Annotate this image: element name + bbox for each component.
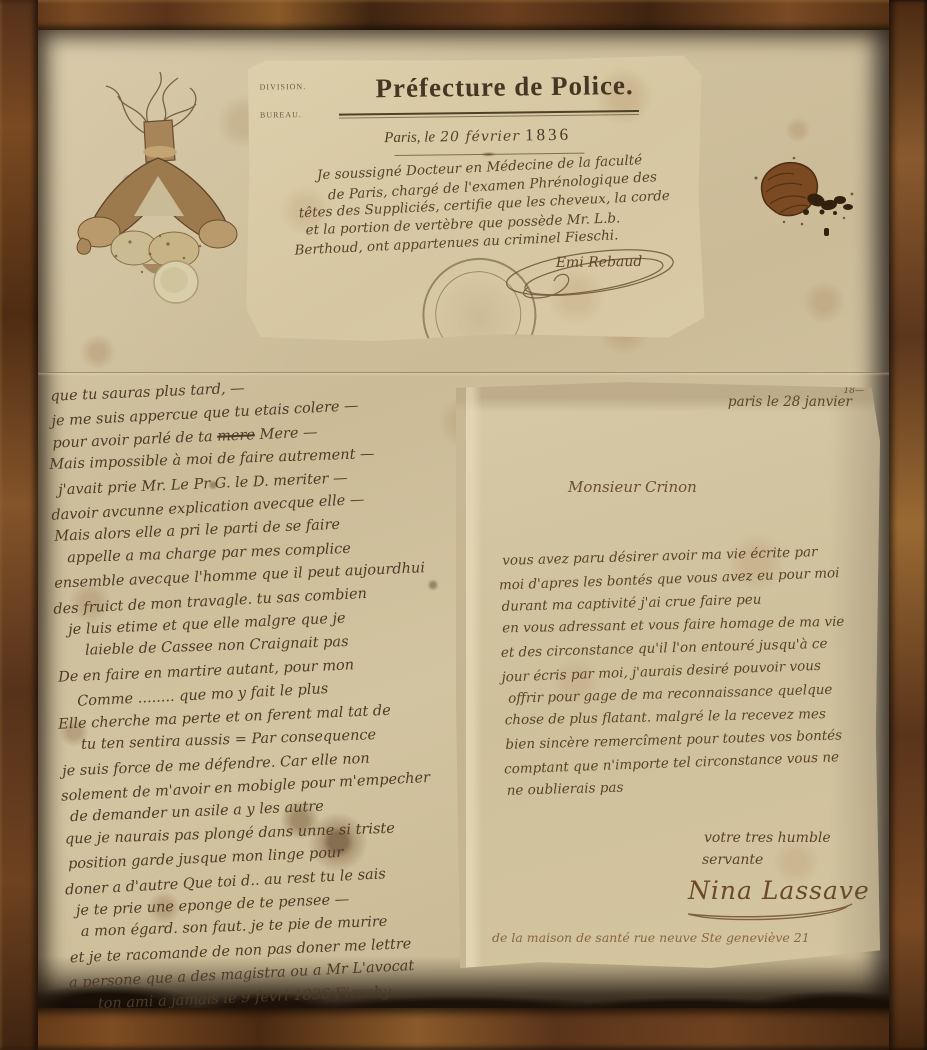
certificate-dateline: Paris, le 20 février 1836: [384, 124, 644, 147]
fieschi-letter: que tu sauras plus tard, — je me suis ap…: [44, 367, 515, 1008]
dateline-year: 1836: [525, 125, 571, 145]
letter-closing: votre tres humble: [704, 830, 831, 846]
frame-left: [0, 0, 38, 1050]
bureau-label: BUREAU.: [260, 110, 302, 120]
display-backing-paper: DIVISION. BUREAU. Préfecture de Police. …: [38, 30, 889, 1008]
vertebra-with-hair-specimen: [72, 66, 242, 306]
nina-lassave-signature: Nina Lassave: [688, 876, 870, 905]
rope-fragment: [736, 150, 866, 250]
frame-bottom: [0, 1008, 927, 1050]
struck-word: mere: [217, 427, 255, 445]
signature-flourish: [680, 902, 860, 928]
frame-top: [0, 0, 927, 30]
letter-address-line: de la maison de santé rue neuve Ste gene…: [492, 930, 882, 945]
letter-body: vous avez paru désirer avoir ma vie écri…: [498, 540, 865, 803]
letter-line-part: Mere —: [259, 424, 318, 442]
dateline-handwritten: 20 février: [440, 128, 520, 145]
doctor-signature-text: Emi Rebaud: [556, 254, 643, 271]
stamp-inner-ring: [427, 263, 530, 366]
letter-closing: servante: [702, 852, 763, 868]
division-label: DIVISION.: [260, 82, 307, 92]
letter-salutation: Monsieur Crinon: [568, 478, 697, 496]
certificate-title: Préfecture de Police.: [339, 70, 669, 105]
dateline-printed: Paris, le: [384, 129, 435, 146]
prefecture-certificate: DIVISION. BUREAU. Préfecture de Police. …: [243, 55, 704, 343]
framed-relics-display: DIVISION. BUREAU. Préfecture de Police. …: [0, 0, 927, 1050]
frame-right: [889, 0, 927, 1050]
letter-dateline: paris le 28 janvier: [728, 394, 852, 410]
nina-lassave-letter: 18— paris le 28 janvier Monsieur Crinon …: [456, 382, 880, 968]
